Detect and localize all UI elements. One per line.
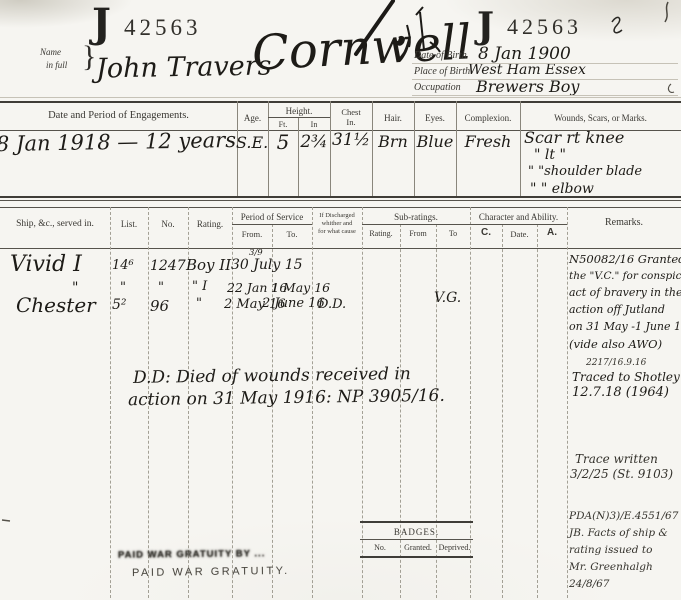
col-period-header: Period of Service [232,212,312,222]
dob-value: 8 Jan 1900 [478,44,571,64]
service-number-prefix-left: J [92,4,111,44]
col-eyes-header: Eyes. [414,113,456,123]
pda-remark-line: PDA(N)3)/E.4551/67 [569,510,681,522]
col-sub-rating-header: Rating. [362,229,400,238]
war-gratuity-stamp-smudged: PAID WAR GRATUITY BY ... [118,548,265,561]
col-age-header: Age. [237,113,268,123]
wounds-line2: " lt " [534,147,566,163]
header-rule [412,63,678,64]
ship-row-to: 2 June 16 [262,296,325,311]
remark-ref-number: 2217/16.9.16 [586,358,646,368]
table2-top-line [0,207,681,208]
badges-top-line [360,521,473,523]
traced-note-line2: 12.7.18 (1964) [572,385,669,400]
ship-row-rating: Boy II [186,256,231,274]
table2-col-line [110,207,111,598]
height-ft-value: 5 [268,130,298,154]
chest-value: 31½ [330,130,372,150]
vc-remark-line: N50082/16 Granted [569,252,681,266]
col-ship-header: Ship, &c., served in. [0,219,110,229]
col-a-header: A. [537,227,567,238]
header-rule [412,95,678,96]
badges-title: BADGES. [360,527,473,537]
ship-row-no: 1247 [150,258,186,274]
ship-row-to: 1 May 16 [271,280,330,295]
name-label-line2: in full [40,59,67,72]
col-no-header: No. [148,219,188,229]
vc-remark-line: the "V.C." for conspicuous [569,270,681,282]
height-in-value: 2¾ [298,132,330,152]
ship-row-ship: Chester [16,293,96,317]
col-rating-header: Rating. [188,219,232,229]
character-underline [470,224,567,225]
wounds-line3: " "shoulder blade [528,164,642,179]
col-list-header: List. [110,219,148,229]
header-rule [412,79,678,80]
occupation-label: Occupation [414,82,461,93]
trace-written-line1: Trace written [575,452,658,466]
badges-col-granted: Granted. [400,543,436,552]
table2-col-line [400,224,401,598]
table2-col-line [502,224,503,598]
pda-remark-line: rating issued to [569,544,681,556]
ship-row-list: 5² [112,297,127,313]
eyes-value: Blue [414,132,456,151]
badges-mid-line [360,539,473,540]
pda-remark-block: PDA(N)3)/E.4551/67 JB. Facts of ship & r… [569,510,681,590]
col-wounds-header: Wounds, Scars, or Marks. [520,113,681,123]
ship-row-discharged: D.D. [318,297,346,312]
table2-col-line [567,207,568,598]
badges-bottom-line [360,556,473,558]
col-character-header: Character and Ability. [470,212,567,222]
table2-col-line [537,224,538,598]
trace-written-line2: 3/2/25 (St. 9103) [570,467,673,481]
col-c-header: C. [470,227,502,238]
pda-remark-line: Mr. Greenhalgh [569,561,681,573]
vc-remark-line: on 31 May -1 June 16 [569,320,681,333]
table1-top-faint-line [0,97,681,98]
col-height-header: Height. [268,106,330,116]
col-date-header: Date. [502,229,537,239]
ship-row-rating: " [196,296,202,311]
col-chest-header-line1: Chest [330,107,372,117]
traced-note-line1: Traced to Shotley [572,370,680,384]
col-from-header: From. [232,229,272,239]
ship-row-rating: " I [192,279,207,294]
col-ft-header: Ft. [268,120,298,129]
wounds-line1: Scar rt knee [524,128,624,147]
ship-row-list: 14⁶ [112,258,134,273]
badges-col-deprived: Deprived. [436,543,473,552]
col-remarks-header: Remarks. [567,217,681,228]
pda-remark-line: JB. Facts of ship & [569,527,681,539]
pob-label: Place of Birth [414,66,470,77]
vc-remark-line: (vide also AWO) [569,337,681,351]
col-sub-from-header: From [400,229,436,238]
col-engagements-header: Date and Period of Engagements. [0,110,237,121]
col-complexion-header: Complexion. [456,113,520,123]
col-discharged-line2: whither and [312,220,362,228]
hair-value: Brn [372,132,414,151]
ship-row-no: " [158,280,164,295]
col-chest-header-line2: In. [330,117,372,127]
col-discharged-line1: If Discharged [312,212,362,220]
badges-col-no: No. [360,543,400,552]
ship-row-ship: Vivid I [10,252,82,277]
col-to-header: To. [272,229,312,239]
service-record-document: J 42563 J 42563 Name in full } John Trav… [0,0,681,600]
table1-bottom-line2 [0,200,681,201]
character-value: V.G. [434,290,461,306]
name-brace: } [82,40,96,74]
period-underline [232,224,312,225]
col-discharged-line3: for what cause [312,228,362,236]
wounds-line4: " " elbow [530,181,594,197]
table2-col-line [436,224,437,598]
col-in-header: In [298,120,330,129]
vc-remark-line: act of bravery in the [569,286,681,299]
col-hair-header: Hair. [372,113,414,123]
name-first-value: John Travers [96,50,272,84]
vc-remark-block: N50082/16 Granted the "V.C." for conspic… [569,252,681,351]
dob-label: Date of Birth [414,50,467,61]
ship-row-list: " [120,280,126,295]
col-subratings-header: Sub-ratings. [362,212,470,222]
table2-header-underline [0,248,681,249]
pob-value: West Ham Essex [468,62,586,78]
complexion-value: Fresh [456,132,520,151]
col-discharged-header: If Discharged whither and for what cause [312,212,362,235]
table1-top-line [0,101,681,103]
ship-row-no: 96 [150,297,169,315]
service-number-right: 42563 [507,16,582,38]
height-sub-underline [268,117,330,118]
ship-row-from: 30 July 15 [231,257,303,273]
dd-note-line1: D.D: Died of wounds received in [133,364,411,388]
name-label: Name in full [40,46,67,71]
service-number-left: 42563 [124,16,202,39]
service-number-prefix-right: J [477,8,494,44]
name-label-line1: Name [40,46,67,59]
col-sub-to-header: To [436,229,470,238]
engagement-value: 8 Jan 1918 — 12 years [0,128,236,156]
pda-remark-line: 24/8/67 [569,578,681,590]
war-gratuity-stamp: PAID WAR GRATUITY. [132,565,290,579]
vc-remark-line: action off Jutland [569,303,681,316]
subratings-underline [362,224,470,225]
age-value: S.E. [236,133,268,152]
